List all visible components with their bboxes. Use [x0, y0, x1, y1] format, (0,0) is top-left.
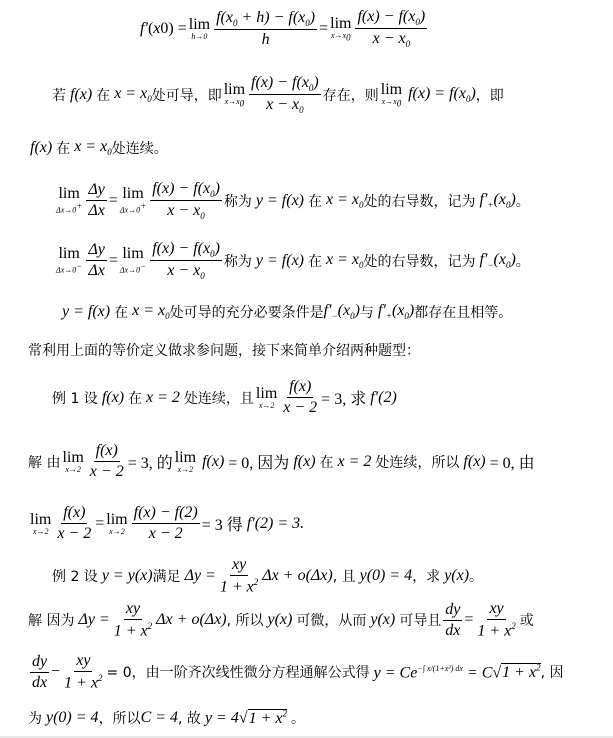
solution-2-line-2: dydx − xy1 + x2 = 0，由一阶齐次线性微分方程通解公式得 y =… — [28, 652, 563, 692]
derivative-definition-formula: f′(x0) = limh→0 f(x0 + h) − f(x0)h = lim… — [140, 8, 429, 49]
example-1-statement: 例 1 设 f(x) 在 x = 2 处连续，且 limx→2 f(x)x − … — [52, 378, 397, 417]
intro-paragraph: 常利用上面的等价定义做求参问题，接下来简单介绍两种题型： — [28, 340, 420, 360]
left-derivative-definition: limΔx→0− ΔyΔx = limΔx→0− f(x) − f(x0)x −… — [54, 240, 530, 281]
paragraph-continuous: f(x) 在 x = x0 处连续。 — [30, 138, 168, 158]
necessary-sufficient-condition: y = f(x) 在 x = x0 处可导的充分必要条件是 f′−(x0) 与 … — [62, 302, 512, 322]
solution-2-line-3: 为 y(0) = 4 ，所以 C = 4 , 故 y = 4√1 + x2 。 — [28, 708, 305, 728]
example-2-statement: 例 2 设 y = y(x) 满足 Δy = xy1 + x2 Δx + o(Δ… — [52, 556, 483, 596]
paragraph-differentiable: 若 f(x) 在 x = x0 处可导，即 limx→x0 f(x) − f(x… — [52, 74, 504, 115]
solution-2-line-1: 解 因为 Δy = xy1 + x2 Δx + o(Δx) , 所以 y(x) … — [28, 600, 534, 640]
solution-1-line-2: limx→2 f(x)x − 2 = limx→2 f(x) − f(2)x −… — [28, 504, 304, 543]
solution-1-line-1: 解 由 limx→2 f(x)x − 2 = 3, 的 limx→2 f(x) … — [28, 442, 535, 481]
right-derivative-definition: limΔx→0+ ΔyΔx = limΔx→0+ f(x) − f(x0)x −… — [54, 180, 530, 221]
